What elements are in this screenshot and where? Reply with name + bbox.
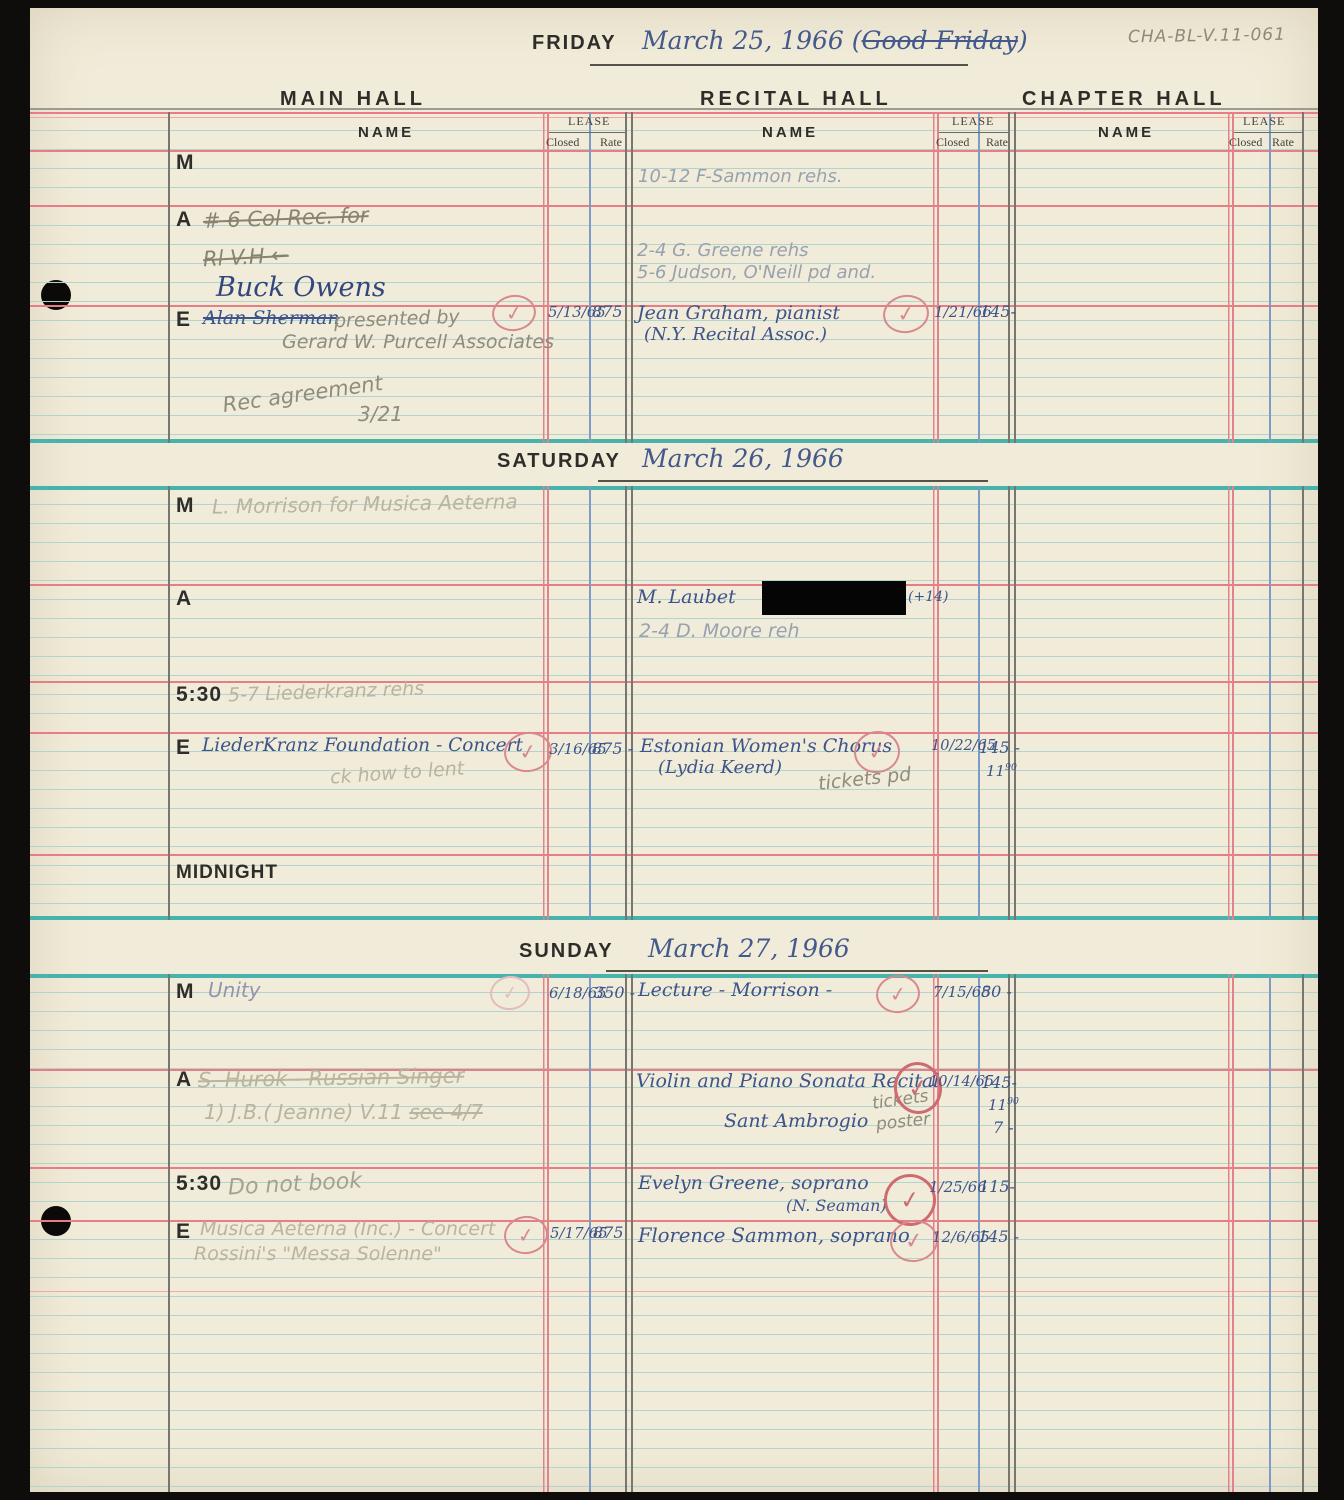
grid-vline [1228, 112, 1234, 443]
grid-vline [1014, 112, 1016, 443]
sunday-a2-struck: see 4/7 [409, 1100, 483, 1124]
check-glyph: ✓ [898, 1185, 922, 1216]
entry-friday-recital-e1: Jean Graham, pianist [637, 302, 840, 324]
grid-vline [1014, 486, 1016, 920]
grid-vline [1302, 486, 1304, 920]
rate-header-recital: Rate [986, 135, 1008, 150]
grid-vline [1269, 974, 1271, 1492]
grid-hline [30, 117, 1318, 118]
entry-friday-recital-m: 10-12 F-Sammon rehs. [638, 166, 843, 187]
lease-header-chapter: LEASE [1243, 114, 1285, 129]
saturday-recital-tickets-amount: 1190 [986, 762, 1017, 780]
entry-friday-recital-a2: 5-6 Judson, O'Neill pd and. [637, 262, 876, 283]
grid-vline [1269, 112, 1271, 443]
sunday-recital-a-lease-rate1: 145- [981, 1073, 1017, 1092]
catalog-number: CHA-BL-V.11-061 [1128, 25, 1286, 48]
grid-vline [543, 112, 549, 443]
entry-sunday-recital-e: Florence Sammon, soprano [638, 1224, 910, 1247]
entry-friday-recital-e2: (N.Y. Recital Assoc.) [644, 324, 827, 345]
entry-saturday-recital-a1: M. Laubet [637, 586, 736, 608]
grid-hline [30, 205, 1318, 207]
date-saturday: March 26, 1966 [642, 444, 844, 473]
grid-vline [1008, 486, 1010, 920]
grid-vline [631, 974, 633, 1492]
saturday-main-lease-rate: 875 - [592, 739, 633, 758]
sunday-main-e-lease-rate: 875 [593, 1223, 624, 1242]
column-header-name-recital: NAME [762, 124, 818, 141]
row-label-sunday-a: A [176, 1068, 192, 1092]
sunday-recital-530-lease-rate: 115- [979, 1177, 1015, 1196]
entry-sunday-main-e2: Rossini's "Messa Solenne" [194, 1243, 442, 1265]
entry-friday-main-a-crossed-2: Rl V.H ← [202, 243, 289, 271]
grid-hline [30, 1291, 1318, 1292]
entry-friday-main-artist: Buck Owens [216, 272, 386, 303]
sunday-a2-text: 1) J.B.( Jeanne) V.11 [204, 1100, 409, 1124]
row-label-sunday-530: 5:30 [176, 1172, 222, 1196]
column-header-name-main: NAME [358, 124, 414, 141]
entry-sunday-main-a2: 1) J.B.( Jeanne) V.11 see 4/7 [204, 1100, 483, 1124]
row-label-friday-m: M [176, 151, 195, 175]
row-label-saturday-e: E [176, 736, 191, 760]
entry-sunday-main-a-crossed: S. Hurok - Russian Singer [198, 1064, 465, 1093]
grid-hline [30, 1167, 1318, 1169]
date-friday: March 25, 1966 (Good Friday) [642, 26, 1028, 55]
scanned-ledger-photo: CHA-BL-V.11-061 FRIDAY March 25, 1966 (G… [0, 0, 1344, 1500]
date-friday-struck: Good Friday [862, 26, 1018, 55]
grid-hline [30, 439, 1318, 443]
amount-main: 11 [988, 1096, 1007, 1114]
grid-vline [543, 486, 549, 920]
entry-sunday-recital-530-1: Evelyn Greene, soprano [638, 1172, 869, 1194]
entry-saturday-recital-e2: (Lydia Keerd) [658, 757, 782, 778]
grid-vline [631, 486, 633, 920]
lease-header-recital: LEASE [952, 114, 994, 129]
entry-sunday-recital-a2: Sant Ambrogio [724, 1110, 868, 1132]
redaction-bar [762, 581, 906, 615]
closed-header-recital: Closed [936, 135, 969, 150]
grid-vline [1302, 974, 1304, 1492]
row-label-saturday-530: 5:30 [176, 683, 222, 707]
grid-vline [978, 112, 980, 443]
entry-friday-main-e-note1: presented by [334, 306, 460, 332]
closed-header-chapter: Closed [1229, 135, 1262, 150]
entry-sunday-recital-530-2: (N. Seaman) [786, 1196, 887, 1215]
row-label-sunday-e: E [176, 1220, 191, 1244]
grid-vline [625, 974, 627, 1492]
rate-header-chapter: Rate [1272, 135, 1294, 150]
grid-vline [589, 112, 591, 443]
grid-vline [1269, 486, 1271, 920]
check-glyph: ✓ [867, 739, 888, 765]
amount-main: 11 [986, 762, 1005, 780]
grid-hline [30, 486, 1318, 490]
date-underline-sunday [606, 970, 988, 972]
day-label-sunday: SUNDAY [519, 940, 614, 963]
rate-header-main: Rate [600, 135, 622, 150]
amount-sup: 90 [1005, 762, 1017, 773]
grid-vline [978, 486, 980, 920]
lease-rule-main [549, 132, 625, 133]
entry-saturday-recital-a2: 2-4 D. Moore reh [639, 620, 800, 642]
day-label-saturday: SATURDAY [497, 450, 621, 473]
sunday-recital-m-lease-rate: 80 - [981, 982, 1012, 1001]
check-glyph: ✓ [516, 1222, 536, 1248]
check-glyph: ✓ [501, 982, 519, 1005]
check-glyph: ✓ [896, 301, 917, 327]
date-friday-main: March 25, 1966 ( [642, 26, 862, 55]
row-label-sunday-m: M [176, 980, 195, 1004]
row-label-friday-e: E [176, 308, 191, 332]
grid-vline [625, 486, 627, 920]
check-glyph: ✓ [888, 981, 908, 1007]
grid-vline [631, 112, 633, 443]
sunday-recital-a-lease-rate2: 1190 [988, 1096, 1019, 1114]
grid-hline [30, 916, 1318, 920]
day-label-friday: FRIDAY [532, 32, 617, 55]
date-sunday: March 27, 1966 [648, 934, 850, 963]
check-glyph: ✓ [906, 1073, 930, 1104]
grid-hline [30, 974, 1318, 978]
grid-vline [168, 112, 170, 443]
grid-vline [1228, 486, 1234, 920]
row-label-friday-a: A [176, 208, 192, 232]
check-glyph: ✓ [504, 300, 524, 326]
grid-vline [1228, 974, 1234, 1492]
grid-vline [168, 486, 170, 920]
date-underline-saturday [598, 480, 988, 482]
date-friday-close: ) [1018, 26, 1028, 55]
grid-hline [30, 681, 1318, 683]
lease-rule-chapter [1234, 132, 1302, 133]
entry-saturday-main-e: LiederKranz Foundation - Concert [202, 735, 523, 756]
entry-sunday-main-e1: Musica Aeterna (Inc.) - Concert [200, 1218, 495, 1240]
grid-hline [30, 112, 1318, 114]
grid-vline [625, 112, 627, 443]
check-glyph: ✓ [518, 739, 539, 765]
row-label-saturday-a: A [176, 587, 192, 611]
entry-friday-recital-a1: 2-4 G. Greene rehs [637, 240, 808, 261]
sunday-recital-a-lease-rate3: 7 - [993, 1118, 1014, 1137]
friday-main-lease-rate: 875 [592, 302, 623, 321]
row-label-saturday-midnight: MIDNIGHT [176, 862, 278, 884]
saturday-recital-lease-rate: 145 - [979, 738, 1020, 757]
row-label-saturday-m: M [176, 494, 195, 518]
entry-saturday-recital-a1-after: (+14) [908, 589, 948, 605]
friday-recital-lease-rate: 145- [980, 302, 1016, 321]
closed-header-main: Closed [546, 135, 579, 150]
entry-friday-main-agreement-date: 3/21 [358, 402, 403, 426]
entry-sunday-main-m: Unity [208, 978, 261, 1002]
date-underline-friday [590, 64, 968, 66]
grid-vline [933, 486, 939, 920]
entry-sunday-recital-m: Lecture - Morrison - [638, 979, 832, 1001]
grid-vline [1008, 112, 1010, 443]
saturday-grid [30, 486, 1318, 920]
grid-hline [30, 150, 1318, 152]
grid-vline [1302, 112, 1304, 443]
amount-sup: 90 [1007, 1096, 1019, 1107]
grid-hline [30, 732, 1318, 734]
sunday-recital-e-lease-rate: 145 - [978, 1227, 1019, 1246]
lease-rule-recital [939, 132, 1008, 133]
entry-friday-main-e-struck: Alan Sherman [203, 307, 340, 329]
grid-vline [589, 486, 591, 920]
grid-hline [30, 854, 1318, 856]
grid-vline [933, 112, 939, 443]
grid-vline [168, 974, 170, 1492]
column-header-name-chapter: NAME [1098, 124, 1154, 141]
entry-friday-main-e-note2: Gerard W. Purcell Associates [282, 331, 554, 353]
grid-hline [30, 108, 1318, 110]
lease-header-main: LEASE [568, 114, 610, 129]
sunday-main-m-lease-rate: 350 - [594, 983, 635, 1002]
check-glyph: ✓ [903, 1227, 925, 1254]
